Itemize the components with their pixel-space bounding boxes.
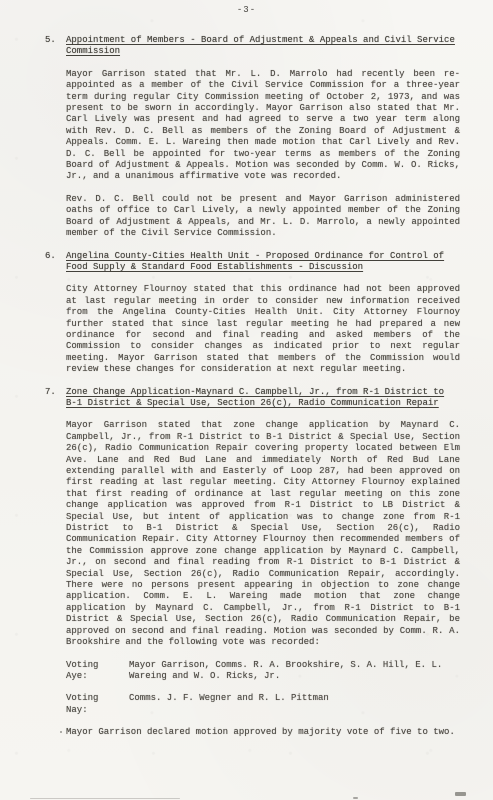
item-heading: Appointment of Members - Board of Adjust… xyxy=(66,35,460,58)
scanned-minutes-page: -3- 5. Appointment of Members - Board of… xyxy=(0,0,493,800)
item-heading: Angelina County-Cities Health Unit - Pro… xyxy=(66,251,460,274)
document-body: 5. Appointment of Members - Board of Adj… xyxy=(45,35,460,750)
scan-artifact-bottom-line xyxy=(30,798,180,799)
item-heading: Zone Change Application-Maynard C. Campb… xyxy=(66,387,460,410)
item-number: 5. xyxy=(45,35,66,240)
closing-statement: Mayor Garrison declared motion approved … xyxy=(66,727,460,738)
agenda-item-6: 6. Angelina County-Cities Health Unit - … xyxy=(45,251,460,376)
scan-artifact-smudge xyxy=(353,797,358,799)
vote-aye-row: Voting Aye: Mayor Garrison, Comms. R. A.… xyxy=(66,660,460,683)
page-number: -3- xyxy=(0,5,493,15)
paragraph: Mayor Garrison stated that Mr. L. D. Mar… xyxy=(66,69,460,183)
vote-nay-names: Comms. J. F. Wegner and R. L. Pittman xyxy=(123,693,460,716)
vote-nay-row: Voting Nay: Comms. J. F. Wegner and R. L… xyxy=(66,693,460,716)
vote-aye-names: Mayor Garrison, Comms. R. A. Brookshire,… xyxy=(123,660,460,683)
vote-nay-label: Voting Nay: xyxy=(66,693,123,716)
paragraph: City Attorney Flournoy stated that this … xyxy=(66,284,460,375)
item-number: 7. xyxy=(45,387,66,739)
paragraph: Mayor Garrison stated that zone change a… xyxy=(66,420,460,648)
agenda-item-7: 7. Zone Change Application-Maynard C. Ca… xyxy=(45,387,460,739)
vote-aye-label: Voting Aye: xyxy=(66,660,123,683)
item-number: 6. xyxy=(45,251,66,376)
scan-artifact-dot xyxy=(60,731,62,733)
paragraph: Rev. D. C. Bell could not be present and… xyxy=(66,194,460,240)
agenda-item-5: 5. Appointment of Members - Board of Adj… xyxy=(45,35,460,240)
scan-artifact-corner-mark xyxy=(455,792,466,796)
